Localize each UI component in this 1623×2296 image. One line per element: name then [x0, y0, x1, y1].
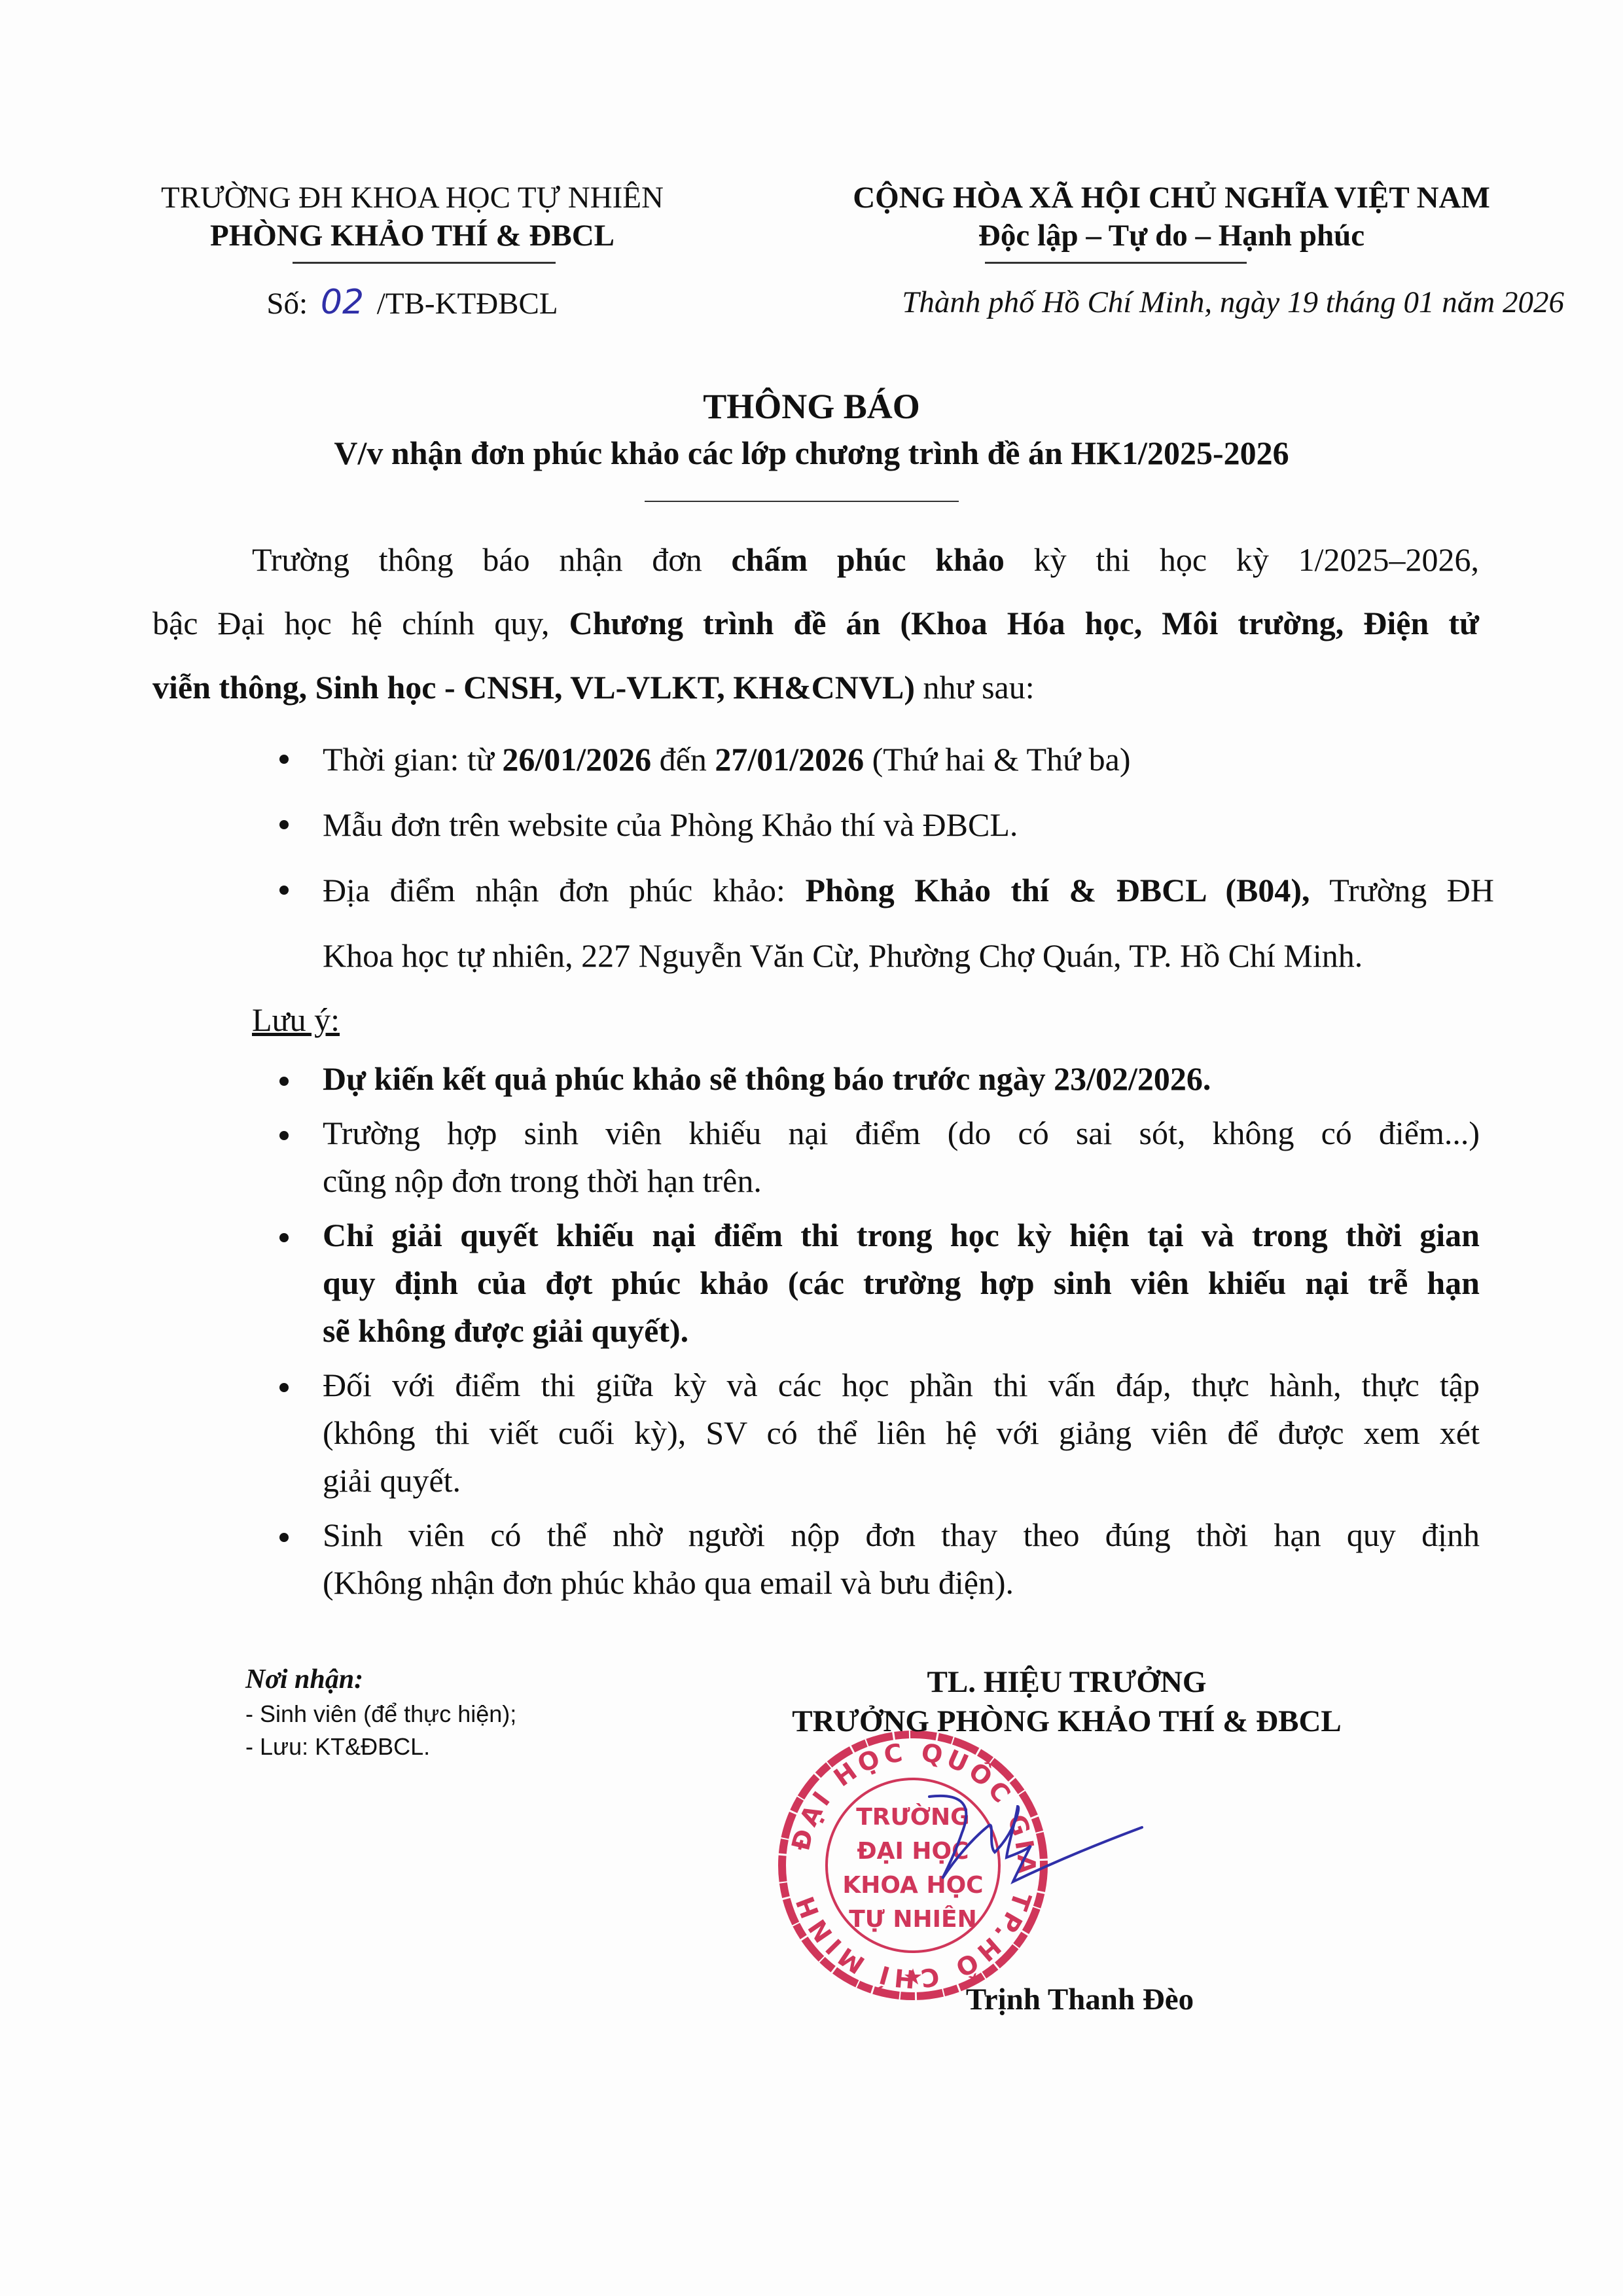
start-date: 26/01/2026: [502, 741, 651, 778]
detail-text: Thời gian: từ: [323, 741, 502, 778]
intro-bold: Chương trình đề án (Khoa Hóa học, Môi tr…: [569, 605, 1479, 641]
header-left-rule: [293, 262, 556, 264]
document-number-handwritten: 02: [321, 283, 364, 322]
bullet-icon: [279, 1383, 289, 1392]
place-and-date: Thành phố Hồ Chí Minh, ngày 19 tháng 01 …: [805, 283, 1564, 322]
national-motto: Độc lập – Tự do – Hạnh phúc: [805, 216, 1538, 255]
bullet-icon: [279, 1077, 289, 1086]
notice-title: THÔNG BÁO: [0, 385, 1623, 428]
recipient-item: - Lưu: KT&ĐBCL.: [245, 1733, 430, 1761]
intro-bold: viễn thông, Sinh học - CNSH, VL-VLKT, KH…: [152, 669, 915, 706]
detail-text: Địa điểm nhận đơn phúc khảo:: [323, 872, 806, 908]
bullet-icon: [279, 886, 289, 895]
intro-line-3: viễn thông, Sinh học - CNSH, VL-VLKT, KH…: [152, 655, 1479, 720]
note-line: Chỉ giải quyết khiếu nại điểm thi trong …: [323, 1211, 1480, 1259]
document-number-suffix: /TB-KTĐBCL: [377, 287, 558, 321]
detail-text: (Thứ hai & Thứ ba): [864, 741, 1130, 778]
detail-location-address: Khoa học tự nhiên, 227 Nguyễn Văn Cừ, Ph…: [323, 923, 1501, 988]
note-line: giải quyết.: [323, 1457, 1480, 1505]
intro-text: Trường thông báo nhận đơn: [252, 541, 731, 578]
intro-text: như sau:: [915, 669, 1035, 706]
institution-name: TRƯỜNG ĐH KHOA HỌC TỰ NHIÊN: [118, 178, 707, 217]
signature-title-2: TRƯỞNG PHÒNG KHẢO THÍ & ĐBCL: [740, 1702, 1394, 1741]
note-line: quy định của đợt phúc khảo (các trường h…: [323, 1259, 1480, 1307]
document-number-prefix: Số:: [266, 287, 308, 321]
bullet-icon: [279, 1233, 289, 1242]
signer-name: Trịnh Thanh Đèo: [851, 1980, 1309, 2019]
department-name: PHÒNG KHẢO THÍ & ĐBCL: [118, 216, 707, 255]
bullet-icon: [279, 755, 289, 764]
note-line: Sinh viên có thể nhờ người nộp đơn thay …: [323, 1511, 1480, 1559]
note-line: (không thi viết cuối kỳ), SV có thể liên…: [323, 1409, 1480, 1457]
detail-text: đến: [651, 741, 715, 778]
location-office: Phòng Khảo thí & ĐBCL (B04),: [806, 872, 1310, 908]
intro-line-2: bậc Đại học hệ chính quy, Chương trình đ…: [152, 590, 1479, 656]
nation-title: CỘNG HÒA XÃ HỘI CHỦ NGHĨA VIỆT NAM: [805, 178, 1538, 217]
detail-form: Mẫu đơn trên website của Phòng Khảo thí …: [323, 792, 1018, 857]
note-line: sẽ không được giải quyết).: [323, 1307, 1480, 1355]
document-number: Số: 02 /TB-KTĐBCL: [118, 283, 707, 323]
note-line: cũng nộp đơn trong thời hạn trên.: [323, 1157, 1480, 1205]
intro-text: kỳ thi học kỳ 1/2025–2026,: [1005, 541, 1479, 578]
note-line: (Không nhận đơn phúc khảo qua email và b…: [323, 1559, 1480, 1607]
note-line: Đối với điểm thi giữa kỳ và các học phần…: [323, 1361, 1480, 1409]
header-right-rule: [985, 262, 1247, 264]
detail-text: Trường ĐH: [1310, 872, 1494, 908]
note-line: Dự kiến kết quả phúc khảo sẽ thông báo t…: [323, 1055, 1480, 1103]
bullet-icon: [279, 1533, 289, 1542]
signature-title-1: TL. HIỆU TRƯỞNG: [740, 1662, 1394, 1702]
notes-heading: Lưu ý:: [252, 987, 340, 1052]
intro-text: bậc Đại học hệ chính quy,: [152, 605, 569, 641]
note-line: Trường hợp sinh viên khiếu nại điểm (do …: [323, 1109, 1480, 1157]
recipient-item: - Sinh viên (để thực hiện);: [245, 1700, 516, 1728]
recipients-heading: Nơi nhận:: [245, 1664, 363, 1695]
bullet-icon: [279, 820, 289, 829]
intro-line-1: Trường thông báo nhận đơn chấm phúc khảo…: [252, 527, 1479, 592]
end-date: 27/01/2026: [715, 741, 864, 778]
title-rule: [645, 501, 959, 502]
detail-location: Địa điểm nhận đơn phúc khảo: Phòng Khảo …: [323, 857, 1494, 923]
bullet-icon: [279, 1131, 289, 1140]
detail-time: Thời gian: từ 26/01/2026 đến 27/01/2026 …: [323, 726, 1131, 792]
handwritten-signature: [916, 1780, 1165, 1911]
intro-bold: chấm phúc khảo: [731, 541, 1004, 578]
notice-subject: V/v nhận đơn phúc khảo các lớp chương tr…: [0, 432, 1623, 474]
